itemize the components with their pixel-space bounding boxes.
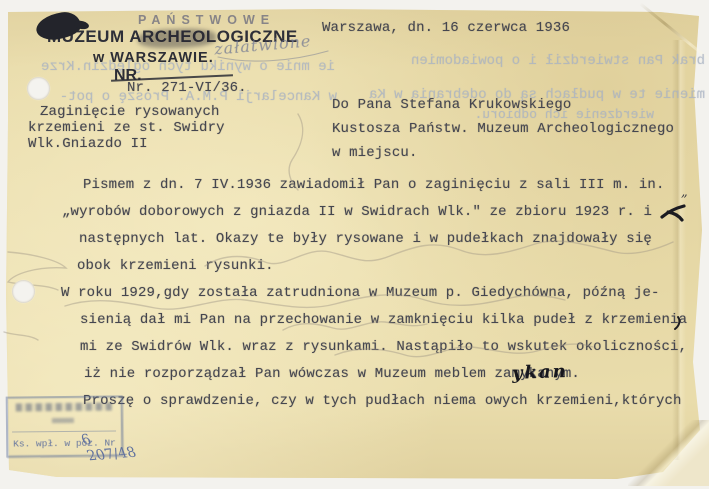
punch-hole-top	[27, 77, 50, 100]
subject-line-2: krzemieni ze st. Swidry	[28, 120, 225, 136]
registry-stamp-illegible-mark	[52, 418, 74, 423]
scanned-letter: brak Pan stwierdził i o powiadomien ie m…	[0, 0, 709, 489]
reference-number: Nr. 271-VI/36.	[127, 80, 247, 96]
body-line-8: iż nie rozporządzał Pan wówczas w Muzeum…	[84, 366, 580, 382]
body-line-3: następnych lat. Okazy te były rysowane i…	[79, 231, 652, 247]
body-line-7: mi ze Swidrów Wlk. wraz z rysunkami. Nas…	[80, 339, 687, 355]
office-stamp-line-panstwowe: PAŃSTWOWE	[138, 13, 275, 27]
handwritten-correction-ykan: ykan	[512, 361, 568, 384]
bleedthrough-line-1: brak Pan stwierdził i o powiadomien	[345, 53, 705, 69]
body-line-6: sienią dał mi Pan na przechowanie w zamk…	[80, 312, 687, 328]
body-line-2: „wyrobów doborowych z gniazda II w Swidr…	[62, 204, 652, 220]
date-line: Warszawa, dn. 16 czerwca 1936	[322, 20, 570, 36]
recipient-line-1: Do Pana Stefana Krukowskiego	[332, 97, 571, 113]
body-line-1: Pismem z dn. 7 IV.1936 zawiadomił Pan o …	[83, 177, 665, 193]
office-stamp-line-warszawa: w WARSZAWIE.	[93, 50, 214, 66]
punch-hole-bottom	[12, 280, 35, 303]
body-line-5: W roku 1929,gdy została zatrudniona w Mu…	[61, 285, 660, 301]
recipient-line-2: Kustosza Państw. Muzeum Archeologicznego	[332, 121, 674, 137]
handwritten-quote-mark: „	[681, 185, 688, 200]
body-line-9: Proszę o sprawdzenie, czy w tych pudłach…	[83, 393, 682, 409]
registry-stamp: Ks. wpł. w poz. Nr 6 207/48	[6, 395, 124, 457]
body-line-4: obok krzemieni rysunki.	[77, 258, 274, 274]
paper-fold-bottom-right	[628, 420, 709, 486]
recipient-line-3: w miejscu.	[332, 145, 418, 161]
subject-line-3: Wlk.Gniazdo II	[28, 136, 148, 152]
subject-line-1: Zaginięcie rysowanych	[40, 104, 220, 120]
registry-stamp-illegible-row	[16, 403, 112, 412]
